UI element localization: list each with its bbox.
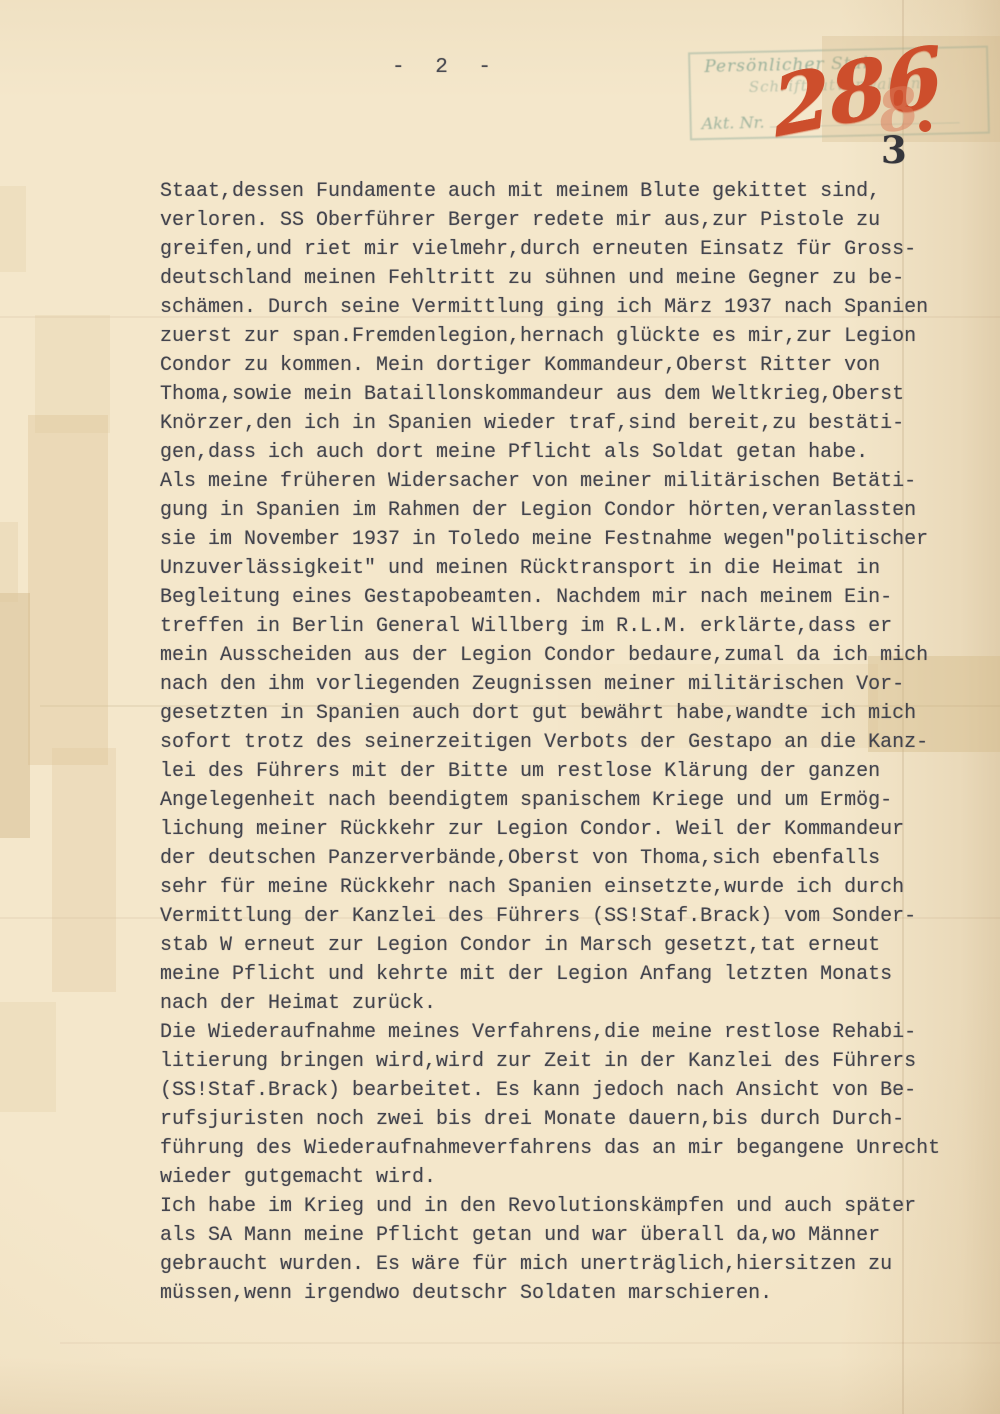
red-annotation-dot: . <box>914 72 936 147</box>
corner-page-number: 3 <box>881 128 907 172</box>
text-line: als SA Mann meine Pflicht getan und war … <box>160 1221 970 1250</box>
text-line: schämen. Durch seine Vermittlung ging ic… <box>160 293 970 322</box>
text-line: meine Pflicht und kehrte mit der Legion … <box>160 960 970 989</box>
text-line: gung in Spanien im Rahmen der Legion Con… <box>160 496 970 525</box>
tape-patch <box>0 1002 56 1112</box>
stamp-akt-label: Akt. Nr. <box>701 113 764 133</box>
text-line: treffen in Berlin General Willberg im R.… <box>160 612 970 641</box>
text-line: nach den ihm vorliegenden Zeugnissen mei… <box>160 670 970 699</box>
document-page: - 2 - Persönlicher Stab Schriftgutverwal… <box>0 0 1000 1414</box>
text-line: Angelegenheit nach beendigtem spanischem… <box>160 786 970 815</box>
text-line: Thoma,sowie mein Bataillonskommandeur au… <box>160 380 970 409</box>
text-line: Vermittlung der Kanzlei des Führers (SS!… <box>160 902 970 931</box>
typed-text-block: Staat,dessen Fundamente auch mit meinem … <box>160 177 970 1308</box>
text-line: verloren. SS Oberführer Berger redete mi… <box>160 206 970 235</box>
text-line: deutschland meinen Fehltritt zu sühnen u… <box>160 264 970 293</box>
text-line: nach der Heimat zurück. <box>160 989 970 1018</box>
text-line: (SS!Staf.Brack) bearbeitet. Es kann jedo… <box>160 1076 970 1105</box>
text-line: sehr für meine Rückkehr nach Spanien ein… <box>160 873 970 902</box>
text-line: zuerst zur span.Fremdenlegion,hernach gl… <box>160 322 970 351</box>
text-line: Knörzer,den ich in Spanien wieder traf,s… <box>160 409 970 438</box>
text-line: Ich habe im Krieg und in den Revolutions… <box>160 1192 970 1221</box>
crease-line <box>60 1342 1000 1344</box>
text-line: Begleitung eines Gestapobeamten. Nachdem… <box>160 583 970 612</box>
text-line: gen,dass ich auch dort meine Pflicht als… <box>160 438 970 467</box>
text-line: stab W erneut zur Legion Condor in Marsc… <box>160 931 970 960</box>
text-line: der deutschen Panzerverbände,Oberst von … <box>160 844 970 873</box>
text-line: rufsjuristen noch zwei bis drei Monate d… <box>160 1105 970 1134</box>
text-line: Unzuverlässigkeit" und meinen Rücktransp… <box>160 554 970 583</box>
text-line: Staat,dessen Fundamente auch mit meinem … <box>160 177 970 206</box>
text-line: gebraucht wurden. Es wäre für mich unert… <box>160 1250 970 1279</box>
text-line: führung des Wiederaufnahmeverfahrens das… <box>160 1134 970 1163</box>
text-line: wieder gutgemacht wird. <box>160 1163 970 1192</box>
text-line: sofort trotz des seinerzeitigen Verbots … <box>160 728 970 757</box>
text-line: gesetzten in Spanien auch dort gut bewäh… <box>160 699 970 728</box>
tape-patch <box>0 522 18 602</box>
text-line: Die Wiederaufnahme meines Verfahrens,die… <box>160 1018 970 1047</box>
text-line: sie im November 1937 in Toledo meine Fes… <box>160 525 970 554</box>
tape-patch <box>0 186 26 272</box>
tape-patch <box>28 415 108 765</box>
text-line: mein Ausscheiden aus der Legion Condor b… <box>160 641 970 670</box>
tape-patch <box>52 748 116 992</box>
page-number-top: - 2 - <box>392 56 500 79</box>
text-line: lei des Führers mit der Bitte um restlos… <box>160 757 970 786</box>
text-line: litierung bringen wird,wird zur Zeit in … <box>160 1047 970 1076</box>
text-line: müssen,wenn irgendwo deutschr Soldaten m… <box>160 1279 970 1308</box>
text-line: Als meine früheren Widersacher von meine… <box>160 467 970 496</box>
text-line: Condor zu kommen. Mein dortiger Kommande… <box>160 351 970 380</box>
text-line: greifen,und riet mir vielmehr,durch erne… <box>160 235 970 264</box>
text-line: lichung meiner Rückkehr zur Legion Condo… <box>160 815 970 844</box>
tape-patch <box>0 593 30 838</box>
